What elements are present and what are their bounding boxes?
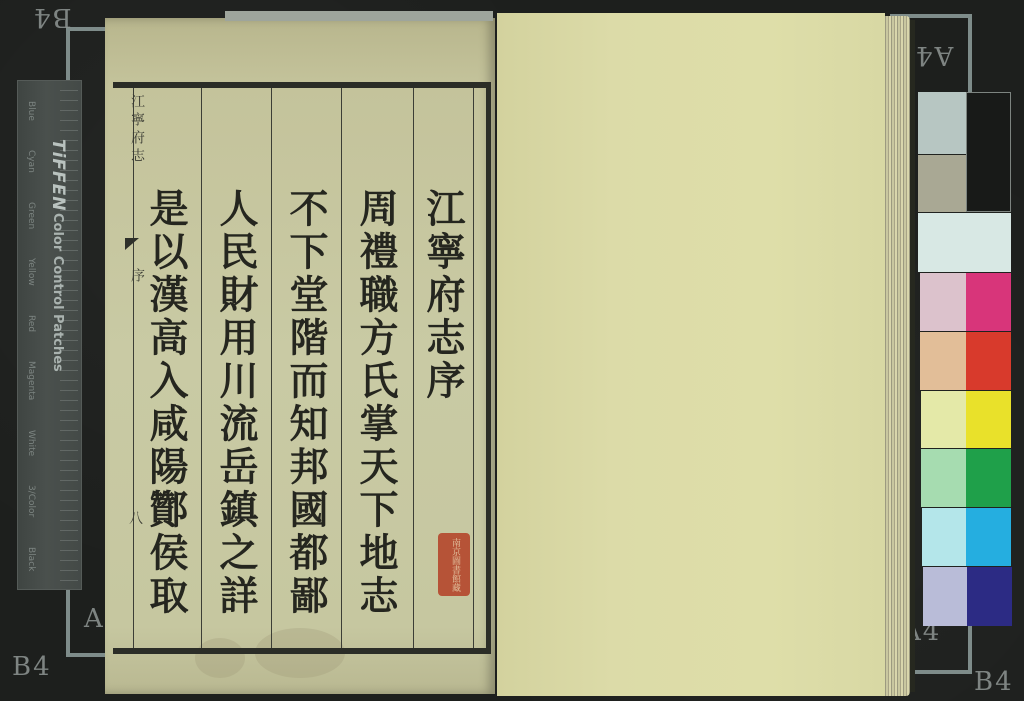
board-mark-top-right: A4: [914, 40, 953, 70]
right-page-blank: [497, 13, 885, 696]
column-rule: [341, 88, 342, 648]
ruler-label: Red: [26, 315, 36, 332]
board-mark-top-left: B4: [32, 2, 72, 32]
patch-white: [918, 212, 1011, 272]
banxin-title: 江寧府志: [127, 94, 147, 166]
ruler-label: Yellow: [26, 258, 36, 286]
column-rule: [271, 88, 272, 648]
ruler-label: Magenta: [26, 361, 36, 400]
library-seal: 南京圖書館藏: [438, 533, 470, 596]
patch-light-gray: [918, 92, 966, 154]
patch-black: [966, 92, 1011, 212]
patch-magenta: [966, 272, 1011, 331]
column-rule: [473, 88, 474, 648]
patch-light-red: [920, 331, 966, 390]
text-column: 是以漢高入咸陽酇侯取: [146, 188, 185, 618]
column-rule: [413, 88, 414, 648]
text-column: 不下堂階而知邦國都鄙: [286, 188, 325, 618]
tiffen-color-ruler: Blue Cyan Green Yellow Red Magenta White…: [17, 80, 82, 590]
ruler-patch-labels: Blue Cyan Green Yellow Red Magenta White…: [26, 101, 36, 571]
color-control-patches: [918, 92, 1011, 626]
patch-yellow: [966, 390, 1011, 448]
patch-light-blue: [923, 566, 967, 626]
patch-light-magenta: [920, 272, 966, 331]
text-column: 周禮職方氏掌天下地志: [356, 188, 395, 618]
ruler-label: Blue: [26, 101, 36, 121]
ruler-label: Cyan: [26, 150, 36, 173]
patch-light-cyan: [922, 507, 966, 566]
left-page: 江寧府志 序 八 江寧府志序 周禮職方氏掌天下地志 不下堂階而知邦國都鄙 人民財…: [105, 18, 495, 694]
column-rule: [133, 88, 134, 648]
ruler-label: Black: [26, 547, 36, 571]
patch-green: [966, 448, 1011, 507]
board-mark-bottom-right-outer: B4: [974, 667, 1014, 697]
page-top-edge: [225, 11, 493, 21]
text-column-title: 江寧府志序: [423, 188, 462, 403]
text-column: 人民財用川流岳鎮之詳: [216, 188, 255, 618]
tiffen-logo: TiFFEN: [48, 139, 68, 212]
folio-number: 八: [129, 508, 143, 528]
column-rule: [201, 88, 202, 648]
patch-mid-gray: [918, 154, 966, 212]
board-mark-bottom-left-outer: B4: [12, 652, 52, 682]
printed-text-frame: 江寧府志 序 八 江寧府志序 周禮職方氏掌天下地志 不下堂階而知邦國都鄙 人民財…: [113, 82, 491, 654]
ruler-label: Green: [26, 202, 36, 229]
ruler-label: White: [26, 430, 36, 456]
fishtail-mark: [125, 238, 139, 250]
ruler-label: 3/Color: [26, 485, 36, 517]
patch-red: [966, 331, 1011, 390]
patch-cyan: [966, 507, 1011, 566]
ruler-title: Color Control Patches: [50, 213, 65, 372]
patch-light-yellow: [921, 390, 966, 448]
patch-light-green: [921, 448, 966, 507]
patch-blue: [967, 566, 1012, 626]
